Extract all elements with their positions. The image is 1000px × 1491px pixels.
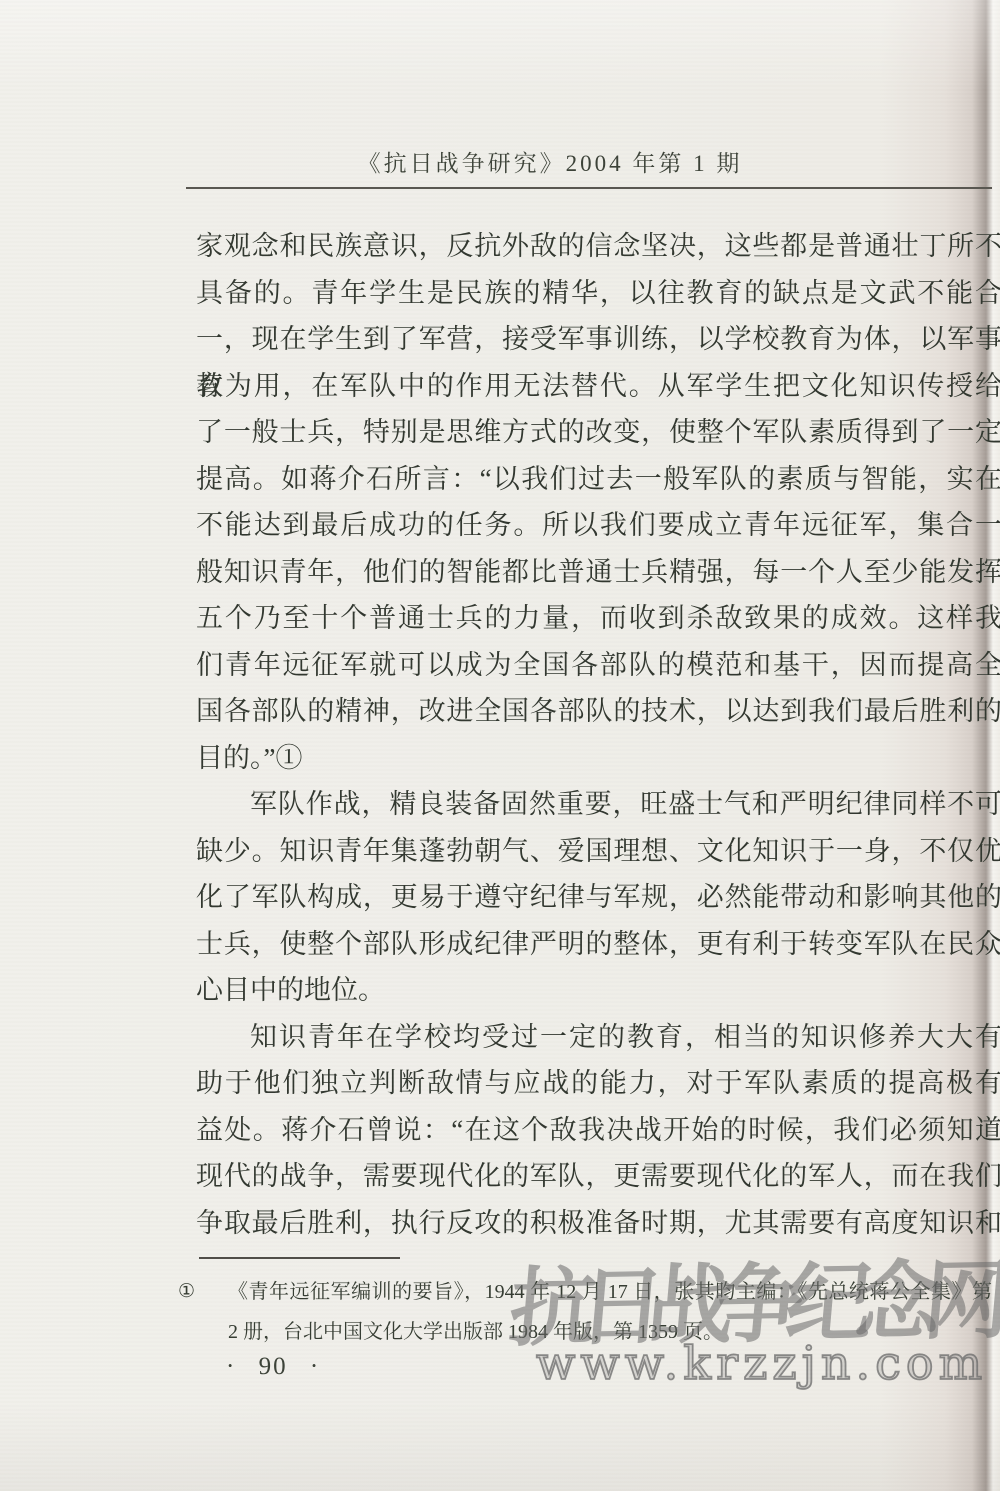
body-text-line: 争取最后胜利，执行反攻的积极准备时期，尤其需要有高度知识和: [196, 1200, 1000, 1247]
body-text-line: 们青年远征军就可以成为全国各部队的模范和基干，因而提高全: [196, 642, 1000, 689]
body-text-line: 化了军队构成，更易于遵守纪律与军规，必然能带动和影响其他的: [196, 874, 1000, 921]
body-text-line: 目的。”①: [196, 735, 1000, 782]
body-text-line: 一，现在学生到了军营，接受军事训练，以学校教育为体，以军事教: [196, 316, 1000, 363]
footnote-line: 《青年远征军编训的要旨》，1944 年 12 月 17 日，张其昀主编：《先总统…: [228, 1272, 992, 1312]
body-text-line: 现代的战争，需要现代化的军队，更需要现代化的军人，而在我们: [196, 1153, 1000, 1200]
footnote-line: 2 册，台北中国文化大学出版部 1984 年版，第 1359 页。: [228, 1312, 992, 1352]
body-text-line: 缺少。知识青年集蓬勃朝气、爱国理想、文化知识于一身，不仅优: [196, 828, 1000, 875]
footnote-marker: ①: [178, 1272, 228, 1312]
body-text-line: 士兵，使整个部队形成纪律严明的整体，更有利于转变军队在民众: [196, 921, 1000, 968]
body-text-line: 知识青年在学校均受过一定的教育，相当的知识修养大大有: [196, 1014, 1000, 1061]
body-text-line: 助于他们独立判断敌情与应战的能力，对于军队素质的提高极有: [196, 1060, 1000, 1107]
body-text-line: 家观念和民族意识，反抗外敌的信念坚决，这些都是普通壮丁所不: [196, 223, 1000, 270]
scanned-journal-page: 《抗日战争研究》2004 年第 1 期 家观念和民族意识，反抗外敌的信念坚决，这…: [0, 0, 1000, 1491]
footnote-text: 《青年远征军编训的要旨》，1944 年 12 月 17 日，张其昀主编：《先总统…: [228, 1272, 992, 1352]
body-text-line: 军队作战，精良装备固然重要，旺盛士气和严明纪律同样不可: [196, 781, 1000, 828]
body-text-line: 益处。蒋介石曾说：“在这个敌我决战开始的时候，我们必须知道: [196, 1107, 1000, 1154]
body-text-line: 五个乃至十个普通士兵的力量，而收到杀敌致果的成效。这样我: [196, 595, 1000, 642]
article-body: 家观念和民族意识，反抗外敌的信念坚决，这些都是普通壮丁所不具备的。青年学生是民族…: [196, 223, 1000, 1246]
footnote: ① 《青年远征军编训的要旨》，1944 年 12 月 17 日，张其昀主编：《先…: [178, 1272, 992, 1352]
body-text-line: 般知识青年，他们的智能都比普通士兵精强，每一个人至少能发挥: [196, 549, 1000, 596]
body-text-line: 提高。如蒋介石所言：“以我们过去一般军队的素质与智能，实在: [196, 456, 1000, 503]
body-text-line: 了一般士兵，特别是思维方式的改变，使整个军队素质得到了一定: [196, 409, 1000, 456]
journal-header-title: 《抗日战争研究》2004 年第 1 期: [150, 145, 950, 178]
header-rule: [186, 187, 992, 189]
body-text-line: 不能达到最后成功的任务。所以我们要成立青年远征军，集合一: [196, 502, 1000, 549]
body-text-line: 国各部队的精神，改进全国各部队的技术，以达到我们最后胜利的: [196, 688, 1000, 735]
page-number: · 90 ·: [226, 1353, 320, 1381]
body-text-line: 具备的。青年学生是民族的精华，以往教育的缺点是文武不能合: [196, 270, 1000, 317]
body-text-line: 心目中的地位。: [196, 967, 1000, 1014]
footnote-separator: [199, 1257, 400, 1259]
body-text-line: 育为用，在军队中的作用无法替代。从军学生把文化知识传授给: [196, 363, 1000, 410]
